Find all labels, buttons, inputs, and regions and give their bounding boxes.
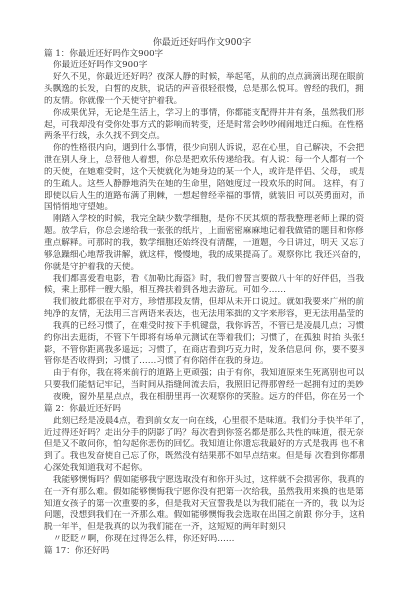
paragraph-line: 脱一年半，但是我真的以为我们能在一齐，这短短的两年时刻只 <box>44 522 364 534</box>
section-heading: 篇 1：你最近还好吗作文900字 <box>44 49 364 61</box>
document-page: 你最近还好吗作文900字 篇 1：你最近还好吗作文900字 你最近还好吗作文90… <box>0 0 404 600</box>
paragraph-line: 我们都喜爱看电影，看《加勒比海盗》时，我们曾誓言要做八十年的好伴侣，当我们都老 … <box>44 274 364 286</box>
paragraph-line: 〃眨眨〃啊，你现在过得怎么样，你还好吗…… <box>44 534 364 546</box>
paragraph-line: 纯净的友情，无法用三言两语来表达，也无法用笨拙的文字来形容，更无法用晶莹的 泪水… <box>44 309 364 321</box>
paragraph: 你的性格很内向，遇到什么事情，很少向别人诉说，忍在心里，自己解决，不会把这种坏 … <box>44 143 364 214</box>
paragraph: 你成果优异，无论是生活上，学习上的事情，你都能支配得井井有条，虽然我们形影不离 … <box>44 108 364 144</box>
paragraph-line: 管你是否收得到；习惯了……习惯了有你陪伴在我的身边。 <box>44 356 364 368</box>
paragraph: 我真的已经习惯了，在难受时按下手机键盘，我你诉苦，不管已是凌晨几点；习惯了，在 … <box>44 321 364 368</box>
paragraph-line: 心深处我知道我对不起你。 <box>44 463 364 475</box>
section-title: 你最近还好吗作文900字 <box>69 49 163 59</box>
paragraph-line: 到了。我也发奋使自己忘了你，既然没有结果那不如早点结束。但是每 次看到你都那么担… <box>44 451 364 463</box>
paragraph-line: 你就是守护着我的天使。 <box>44 262 364 274</box>
paragraph-line: 近过得还好吗？走出分手的阴影了吗？每次看到你签名都是那么共性的味道，很无奈，心里… <box>44 428 364 440</box>
paragraph-line: 此刻已经是凌晨4点，看到前女友一向在线，心里很不是味道。我们分手快半年了，不知 … <box>44 416 364 428</box>
paragraph: 刚踏入学校的时候，我完全缺少数学细胞，是你不厌其烦的帮我整理老师上课的资料，基 … <box>44 214 364 273</box>
section-number: 篇 17： <box>44 546 75 556</box>
section-heading: 篇 17：你还好吗 <box>44 546 364 558</box>
paragraph: 好久不见，你最近还好吗？夜深人静的时候，举起笔，从前的点点滴滴出现在眼前一你， … <box>44 72 364 108</box>
paragraph-line: 由于有你，我在将来前行的道路上更顽强；由于有你，我知道原来生死离别也可以不是哀 … <box>44 368 364 380</box>
paragraph-line: 即使以后人生的道路布满了荆棘，一想起曾经幸福的事情，就装旧 可以英勇面对，而天使… <box>44 191 364 203</box>
paragraph-line: 题。放学后，你总会递给我一张张的纸片，上面密密麻麻地记着我做错的题目和你修 改过… <box>44 226 364 238</box>
paragraph-line: 的友情。你就像一个天使守护着我。 <box>44 96 364 108</box>
paragraph: 我们彼此都很在乎对方，珍惜那段友情，但却从未开口说过。就如我要来广州的前一天， … <box>44 297 364 321</box>
paragraph: 〃眨眨〃啊，你现在过得怎么样，你还好吗…… <box>44 534 364 546</box>
paragraph-line: 夜晚，窗外星星点点，我在相册里再一次观察你的笑脸。远方的伴侣，你在另一个世界还 … <box>44 392 364 404</box>
document-body: 篇 1：你最近还好吗作文900字 你最近还好吗作文900字 好久不见，你最近还好… <box>44 49 364 558</box>
paragraph-line: 知道女孩子的第一次重要的多，但是我对天宣誓我是以为我们能在一齐的，我 以为这只是… <box>44 499 364 511</box>
paragraph-line: 国悄悄地守望她。 <box>44 202 364 214</box>
document-title: 你最近还好吗作文900字 <box>0 37 404 49</box>
paragraph-line: 两条平行线，永久找不到交点。 <box>44 131 364 143</box>
paragraph: 由于有你，我在将来前行的道路上更顽强；由于有你，我知道原来生死离别也可以不是哀 … <box>44 368 364 392</box>
paragraph-line: 我真的已经习惯了，在难受时按下手机键盘，我你诉苦，不管已是凌晨几点；习惯了，在 … <box>44 321 364 333</box>
paragraph-line: 你的性格很内向，遇到什么事情，很少向别人诉说，忍在心里，自己解决，不会把这种坏 … <box>44 143 364 155</box>
paragraph-line: 好久不见，你最近还好吗？夜深人静的时候，举起笔，从前的点点滴滴出现在眼前一你， … <box>44 72 364 84</box>
paragraph-line: 问题，没想到我们在一齐那么难。假如能够懊悔我会选取在出国之前跟 你分手，这样能够… <box>44 510 364 522</box>
paragraph-line: 你成果优异，无论是生活上，学习上的事情，你都能支配得井井有条，虽然我们形影不离 … <box>44 108 364 120</box>
paragraph-line: 只要我们能惦记牢记，当时间从指缝间流去后，我照旧记得那曾经一起拥有过的美妙。 <box>44 380 364 392</box>
section-number: 篇 2： <box>44 404 69 414</box>
paragraph-line: 的生疏人。这些人静静地消失在她的生命里，陪她度过一段欢乐的时间。 这样，有了美妙… <box>44 179 364 191</box>
paragraph-line: 但是又不敢问你，怕勾起你悲伤的回忆。我知道让你遗忘我最好的方式是我再 也不和你联… <box>44 439 364 451</box>
section-title: 你还好吗 <box>75 546 109 556</box>
paragraph: 我们都喜爱看电影，看《加勒比海盗》时，我们曾誓言要做八十年的好伴侣，当我们都老 … <box>44 274 364 298</box>
paragraph: 我能够懊悔吗？假如能够我宁愿选取没有和你开头过，这样就不会损害你，我真的没有想 … <box>44 475 364 534</box>
section-title: 你最近还好吗 <box>69 404 121 414</box>
paragraph: 此刻已经是凌晨4点，看到前女友一向在线，心里很不是味道。我们分手快半年了，不知 … <box>44 416 364 475</box>
section-number: 篇 1： <box>44 49 69 59</box>
paragraph-line: 够急躁细心地帮我讲解，就这样，慢慢地，我的成果提高了。观察你比 我还兴奋的， 样… <box>44 250 364 262</box>
section-heading: 篇 2：你最近还好吗 <box>44 404 364 416</box>
paragraph-line: 泄在别人身上，总替他人着想，你总是把欢乐传递给我。有人说：每一个人都有一个 始终… <box>44 155 364 167</box>
paragraph-line: 我能够懊悔吗？假如能够我宁愿选取没有和你开头过，这样就不会损害你，我真的没有想 … <box>44 475 364 487</box>
paragraph-line: 影，不管你距离我多遥远；习惯了，在商店看到巧克力时，发条信息问 你，要不要买一份… <box>44 345 364 357</box>
paragraph-line: 约你出去逛街，不管下午即将有场单元测试在等着我们；习惯了，在孤独 时抬 头张望，… <box>44 333 364 345</box>
paragraph-line: 头飘逸的长发，白皙的皮肤，说话的声音很轻很慢，总是那么悦耳。曾经的我们，拥 有着… <box>44 84 364 96</box>
paragraph-line: 起，可我却没有受你处事方式的影响而转变，还是时常会吵吵闹闹地迁白痴。在性格 上，… <box>44 120 364 132</box>
paragraph-line: 刚踏入学校的时候，我完全缺少数学细胞，是你不厌其烦的帮我整理老师上课的资料，基 … <box>44 214 364 226</box>
paragraph-line: 我们彼此都很在乎对方，珍惜那段友情，但却从未开口说过。就如我要来广州的前一天， … <box>44 297 364 309</box>
paragraph-line: 候，乘上那样一艘大船，相互搀扶着到各地去游玩。可如今…… <box>44 285 364 297</box>
paragraph-line: 在一齐有那么难。假如能够懊悔我宁愿你没有把第一次给我，虽然我用来换的也是第 一次… <box>44 487 364 499</box>
section-subtitle: 你最近还好吗作文900字 <box>44 60 364 72</box>
paragraph-line: 重点解释。可那时的我，数学细胞还始终没有清醒，一道题，今日讲过，明天 又忘了。但… <box>44 238 364 250</box>
paragraph-line: 的天使，在她难受时，这个天使就化为她身边的某一个人，或许是伴侣、父母， 或是仅仅… <box>44 167 364 179</box>
paragraph: 夜晚，窗外星星点点，我在相册里再一次观察你的笑脸。远方的伴侣，你在另一个世界还 … <box>44 392 364 404</box>
